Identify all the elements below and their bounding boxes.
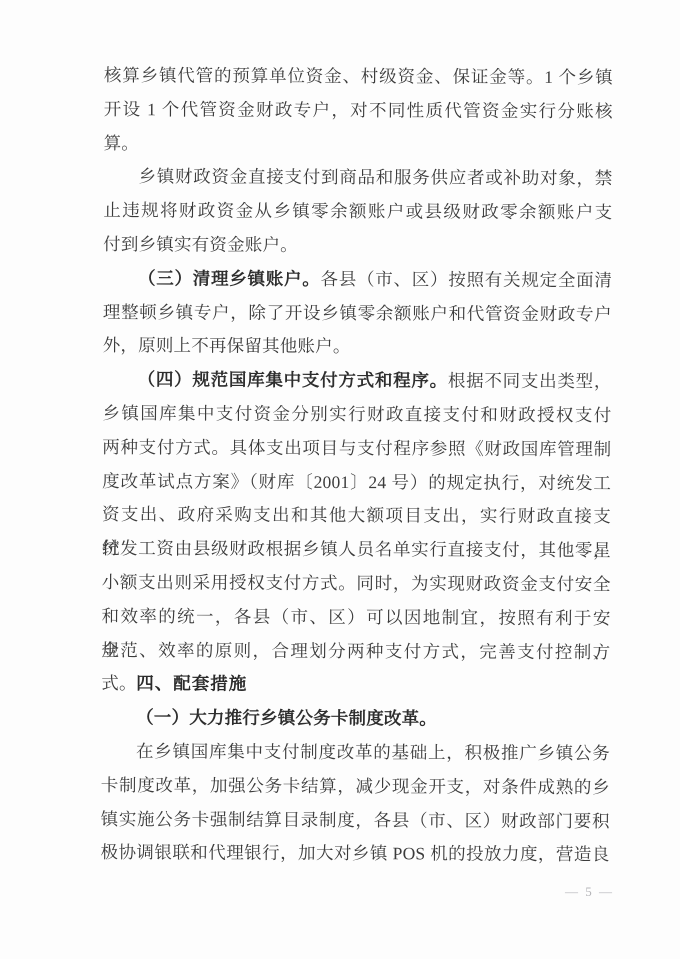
page-number: — 5 — (565, 884, 614, 900)
text-line: （三）清理乡镇账户。各县（市、区）按照有关规定全面清 (103, 262, 612, 298)
text-line: 和效率的统一，各县（市、区）可以因地制宜，按照有利于安全、 (101, 600, 610, 636)
subsection-heading: （一）大力推行乡镇公务卡制度改革。 (101, 701, 610, 737)
text-line: 开设 1 个代管资金财政专户，对不同性质代管资金实行分账核 (104, 93, 613, 129)
text-line: 镇实施公务卡强制结算目录制度，各县（市、区）财政部门要积 (101, 803, 610, 839)
document-body: 核算乡镇代管的预算单位资金、村级资金、保证金等。1 个乡镇 开设 1 个代管资金… (100, 59, 613, 872)
text-line: 规范、效率的原则，合理划分两种支付方式，完善支付控制方式。 (101, 634, 610, 670)
text-run: 根据不同支出类型， (448, 371, 612, 392)
text-line: 乡镇国库集中支付资金分别实行财政直接支付和财政授权支付 (102, 397, 611, 433)
text-line: 度改革试点方案》（财库〔2001〕24 号）的规定执行，对统发工 (102, 465, 611, 501)
text-line: 小额支出则采用授权支付方式。同时，为实现财政资金支付安全 (102, 566, 611, 602)
text-line: 两种支付方式。具体支出项目与支付程序参照《财政国库管理制 (102, 431, 611, 467)
text-line: 在乡镇国库集中支付制度改革的基础上，积极推广乡镇公务 (101, 735, 610, 771)
text-line: 统发工资由县级财政根据乡镇人员名单实行直接支付，其他零星 (102, 532, 611, 568)
text-line: 资支出、政府采购支出和其他大额项目支出，实行财政直接支付， (102, 498, 611, 534)
section-heading: 四、配套措施 (101, 667, 610, 703)
text-line: 理整顿乡镇专户，除了开设乡镇零余额账户和代管资金财政专户 (103, 296, 612, 332)
text-line: 付到乡镇实有资金账户。 (103, 228, 612, 264)
text-line: 外，原则上不再保留其他账户。 (103, 329, 612, 365)
text-line: （四）规范国库集中支付方式和程序。根据不同支出类型， (103, 363, 612, 399)
text-line: 止违规将财政资金从乡镇零余额账户或县级财政零余额账户支 (103, 194, 612, 230)
text-run: 各县（市、区）按照有关规定全面清 (321, 269, 613, 290)
text-line: 极协调银联和代理银行，加大对乡镇 POS 机的投放力度，营造良 (100, 836, 609, 872)
text-line: 乡镇财政资金直接支付到商品和服务供应者或补助对象，禁 (103, 160, 612, 196)
paragraph-lead: （四）规范国库集中支付方式和程序。 (138, 369, 448, 390)
text-line: 卡制度改革，加强公务卡结算，减少现金开支，对条件成熟的乡 (101, 769, 610, 805)
text-line: 核算乡镇代管的预算单位资金、村级资金、保证金等。1 个乡镇 (104, 59, 613, 95)
text-line: 算。 (104, 127, 613, 163)
paragraph-lead: （三）清理乡镇账户。 (138, 268, 321, 289)
document-page: 核算乡镇代管的预算单位资金、村级资金、保证金等。1 个乡镇 开设 1 个代管资金… (0, 0, 680, 959)
